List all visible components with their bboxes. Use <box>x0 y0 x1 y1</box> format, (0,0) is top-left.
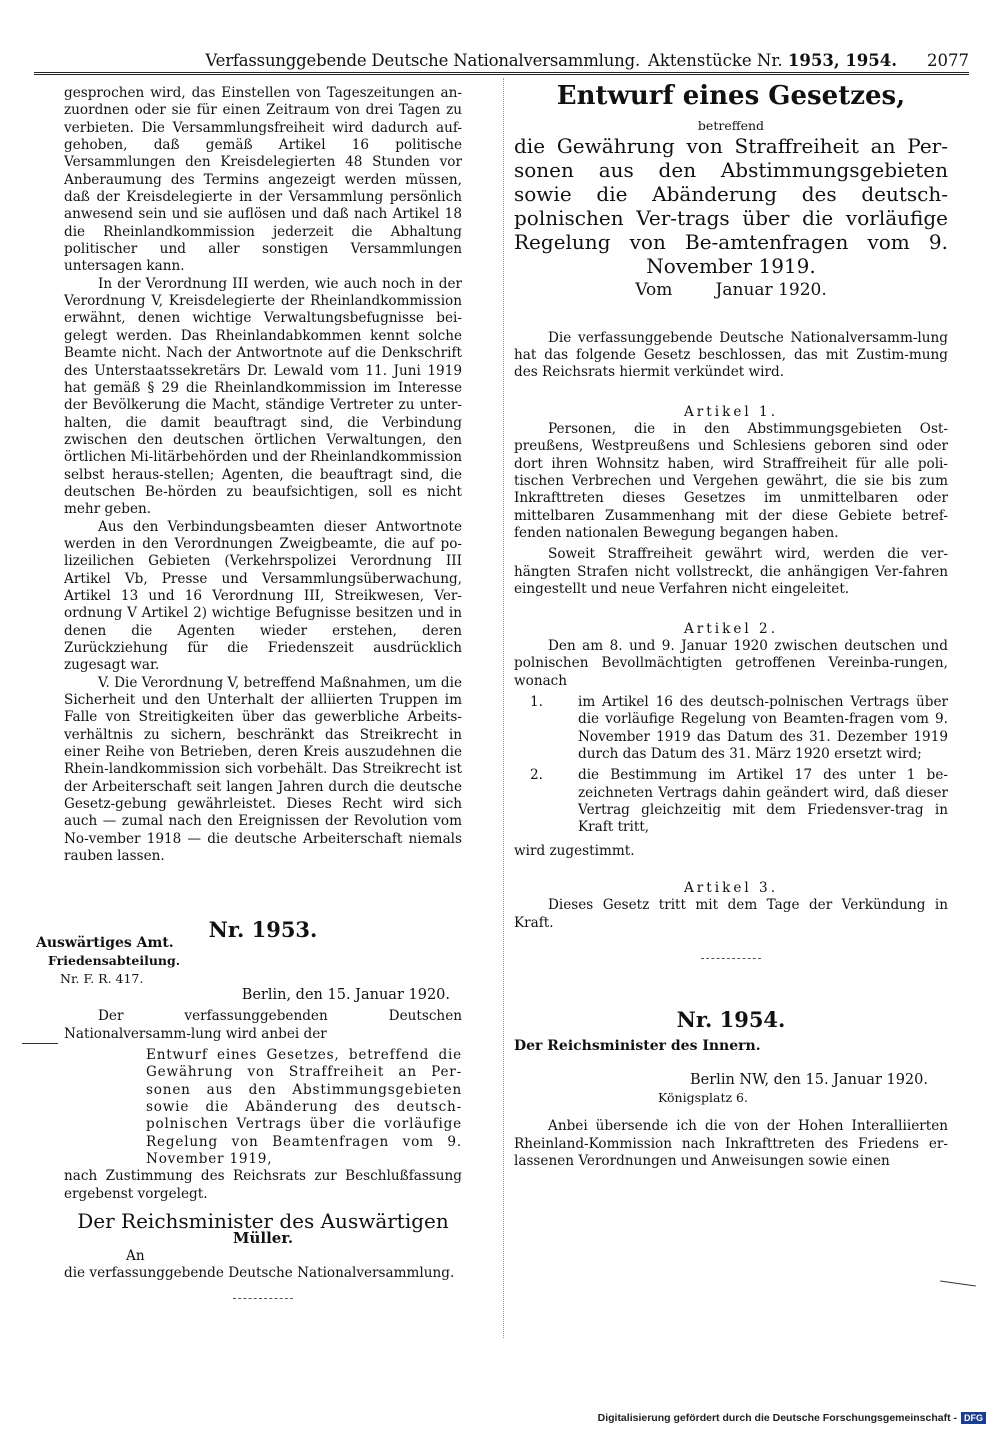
paragraph: Aus den Verbindungsbeamten dieser Antwor… <box>64 519 462 675</box>
right-column: Entwurf eines Gesetzes, betreffend die G… <box>514 85 948 1170</box>
article-heading: Artikel 2. <box>514 621 948 638</box>
header-reference: Aktenstücke Nr. 1953, 1954. <box>648 51 897 70</box>
law-betreffend: betreffend <box>514 117 948 134</box>
letter-intro: Der verfassunggebenden Deutschen Nationa… <box>64 1008 462 1043</box>
signature-title: Der Reichsminister des Auswärtigen <box>64 1213 462 1230</box>
document-number: Nr. 1954. <box>514 1011 948 1028</box>
paragraph: Soweit Straffreiheit gewährt wird, werde… <box>514 546 948 598</box>
separator <box>701 958 761 959</box>
department: Friedensabteilung. <box>48 952 462 969</box>
paragraph: V. Die Verordnung V, betreffend Maßnahme… <box>64 675 462 866</box>
list-item: 2. die Bestimmung im Artikel 17 des unte… <box>514 767 948 836</box>
file-reference: Nr. F. R. 417. <box>60 970 462 987</box>
paragraph: In der Verordnung III werden, wie auch n… <box>64 276 462 519</box>
letter-body: Anbei übersende ich die von der Hohen In… <box>514 1118 948 1170</box>
letter-date: Berlin NW, den 15. Januar 1920. <box>514 1072 948 1089</box>
dfg-logo: DFG <box>961 1412 986 1424</box>
letter-address: Königsplatz 6. <box>514 1089 948 1106</box>
page-number: 2077 <box>927 51 969 70</box>
separator <box>233 1298 293 1299</box>
article-heading: Artikel 1. <box>514 404 948 421</box>
digitization-footer: Digitalisierung gefördert durch die Deut… <box>598 1412 986 1424</box>
letter-date: Berlin, den 15. Januar 1920. <box>64 987 462 1004</box>
law-title: Entwurf eines Gesetzes, <box>514 81 948 111</box>
paragraph: Personen, die in den Abstimmungsgebieten… <box>514 421 948 542</box>
sender: Der Reichsminister des Innern. <box>514 1038 948 1055</box>
header-title: Verfassunggebende Deutsche Nationalversa… <box>205 51 640 70</box>
law-subject: die Gewährung von Straffreiheit an Per-s… <box>514 134 948 278</box>
letter-closing: nach Zustimmung des Reichsrats zur Besch… <box>64 1168 462 1203</box>
law-date: Vom Januar 1920. <box>514 282 948 299</box>
margin-mark <box>22 1043 58 1044</box>
preamble: Die verfassunggebende Deutsche Nationalv… <box>514 330 948 382</box>
column-divider <box>503 78 504 1338</box>
quoted-title: Entwurf eines Gesetzes, betreffend die G… <box>64 1047 462 1168</box>
paragraph: Den am 8. und 9. Januar 1920 zwischen de… <box>514 638 948 690</box>
article-outro: wird zugestimmt. <box>514 843 948 860</box>
paragraph: gesprochen wird, das Einstellen von Tage… <box>64 85 462 276</box>
left-column: gesprochen wird, das Einstellen von Tage… <box>64 85 462 1299</box>
list-item: 1. im Artikel 16 des deutsch-polnischen … <box>514 694 948 763</box>
footer-text: Digitalisierung gefördert durch die Deut… <box>598 1412 957 1424</box>
margin-mark <box>940 1280 976 1286</box>
addressee: die verfassunggebende Deutsche Nationalv… <box>64 1265 462 1282</box>
running-header: Verfassunggebende Deutsche Nationalversa… <box>34 46 969 75</box>
address-to: An <box>64 1248 462 1265</box>
article-heading: Artikel 3. <box>514 880 948 897</box>
paragraph: Dieses Gesetz tritt mit dem Tage der Ver… <box>514 897 948 932</box>
